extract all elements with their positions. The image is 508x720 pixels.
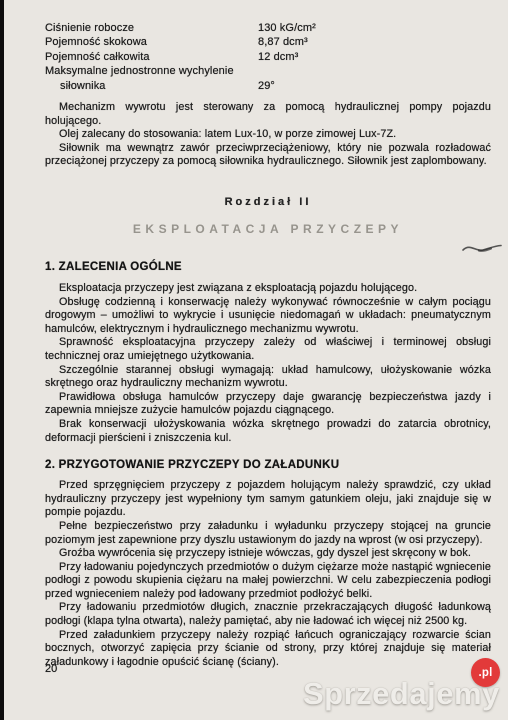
- paragraph: Przy ładowaniu przedmiotów długich, znac…: [45, 601, 491, 628]
- spec-label: Ciśnienie robocze: [45, 21, 258, 35]
- chapter-title-heading: EKSPLOATACJA PRZYCZEPY: [45, 222, 491, 236]
- paragraph: Brak konserwacji ułożyskowania wózka skr…: [45, 418, 491, 445]
- spec-label: siłownika: [45, 79, 258, 93]
- section-1-paragraphs: Eksploatacja przyczepy jest związana z e…: [45, 282, 491, 445]
- spec-row-max-tilt-line1: Maksymalne jednostronne wychylenie: [45, 64, 491, 78]
- page-content: Ciśnienie robocze 130 kG/cm² Pojemność s…: [45, 21, 491, 669]
- watermark-pl-badge-icon: .pl: [471, 658, 500, 687]
- paragraph: Przy ładowaniu pojedynczych przedmiotów …: [45, 561, 491, 602]
- scan-spine-edge: [0, 0, 4, 720]
- paragraph: Obsługę codzienną i konserwację należy w…: [45, 296, 491, 337]
- paragraph: Siłownik ma wewnątrz zawór przeciwprzeci…: [45, 142, 491, 169]
- spec-row-total-capacity: Pojemność całkowita 12 dcm³: [45, 50, 491, 64]
- spec-value: 8,87 dcm³: [258, 35, 491, 49]
- paragraph: Groźba wywrócenia się przyczepy istnieje…: [45, 547, 491, 561]
- spec-row-max-tilt-line2: siłownika 29°: [45, 79, 491, 93]
- paragraph: Olej zalecany do stosowania: latem Lux-1…: [45, 128, 491, 142]
- spec-value: 12 dcm³: [258, 50, 491, 64]
- section-2-heading: 2. PRZYGOTOWANIE PRZYCZEPY DO ZAŁADUNKU: [45, 459, 491, 471]
- paragraph: Prawidłowa obsługa hamulców przyczepy da…: [45, 391, 491, 418]
- paragraph: Mechanizm wywrotu jest sterowany za pomo…: [45, 101, 491, 128]
- handwritten-squiggle-mark: [461, 239, 503, 257]
- paragraph: Pełne bezpieczeństwo przy załadunku i wy…: [45, 520, 491, 547]
- spec-value: [258, 64, 491, 78]
- section-1-heading: 1. ZALECENIA OGÓLNE: [45, 261, 491, 273]
- chapter-number-heading: Rozdział II: [45, 196, 491, 208]
- spec-label: Maksymalne jednostronne wychylenie: [45, 64, 258, 78]
- spec-value: 130 kG/cm²: [258, 21, 491, 35]
- spec-label: Pojemność skokowa: [45, 35, 258, 49]
- page-number: 20: [45, 663, 57, 675]
- intro-paragraphs: Mechanizm wywrotu jest sterowany za pomo…: [45, 101, 491, 169]
- section-2-paragraphs: Przed sprzęgnięciem przyczepy z pojazdem…: [45, 479, 491, 669]
- paragraph: Eksploatacja przyczepy jest związana z e…: [45, 282, 491, 296]
- spec-value: 29°: [258, 79, 491, 93]
- spec-row-stroke-capacity: Pojemność skokowa 8,87 dcm³: [45, 35, 491, 49]
- paragraph: Szczególnie starannej obsługi wymagają: …: [45, 364, 491, 391]
- spec-list: Ciśnienie robocze 130 kG/cm² Pojemność s…: [45, 21, 491, 93]
- watermark-wordmark: Sprzedajemy: [303, 676, 500, 712]
- paragraph: Sprawność eksploatacyjna przyczepy zależ…: [45, 336, 491, 363]
- paragraph: Przed sprzęgnięciem przyczepy z pojazdem…: [45, 479, 491, 520]
- sprzedajemy-watermark: Sprzedajemy .pl: [303, 658, 503, 714]
- scanned-manual-page: Ciśnienie robocze 130 kG/cm² Pojemność s…: [0, 0, 508, 720]
- spec-label: Pojemność całkowita: [45, 50, 258, 64]
- spec-row-working-pressure: Ciśnienie robocze 130 kG/cm²: [45, 21, 491, 35]
